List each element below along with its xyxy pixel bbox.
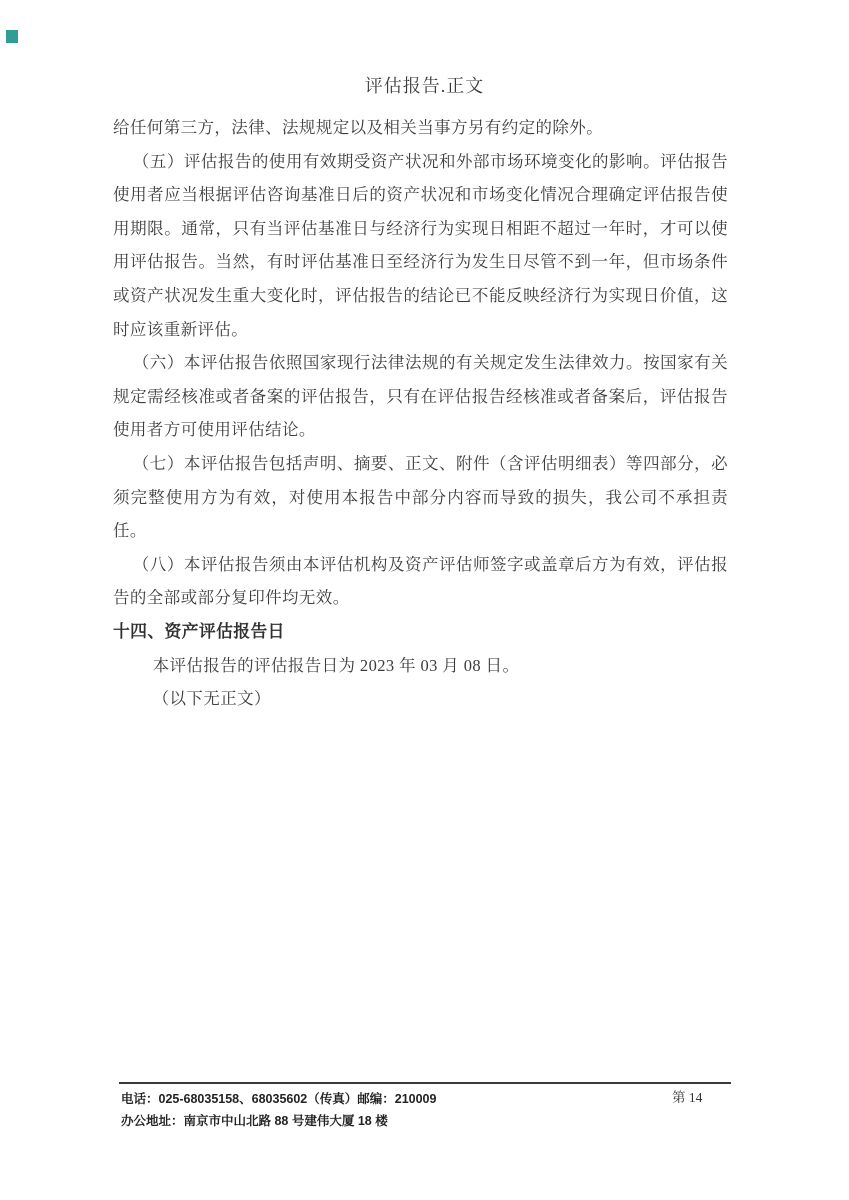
- corner-mark: [6, 30, 18, 43]
- section-heading: 十四、资产评估报告日: [113, 615, 728, 649]
- footer-divider: [119, 1082, 731, 1084]
- paragraph-item-6: （六）本评估报告依照国家现行法律法规的有关规定发生法律效力。按国家有关规定需经核…: [113, 346, 728, 447]
- report-date-line: 本评估报告的评估报告日为 2023 年 03 月 08 日。: [113, 649, 728, 683]
- end-of-text-note: （以下无正文）: [113, 682, 728, 716]
- paragraph-item-8: （八）本评估报告须由本评估机构及资产评估师签字或盖章后方为有效，评估报告的全部或…: [113, 548, 728, 615]
- document-body: 给任何第三方，法律、法规规定以及相关当事方另有约定的除外。 （五）评估报告的使用…: [113, 111, 728, 716]
- paragraph-item-5: （五）评估报告的使用有效期受资产状况和外部市场环境变化的影响。评估报告使用者应当…: [113, 145, 728, 347]
- footer-contact-block: 电话：025-68035158、68035602（传真）邮编：210009 办公…: [121, 1088, 661, 1132]
- page-number: 第 14: [672, 1086, 702, 1106]
- page-footer: 电话：025-68035158、68035602（传真）邮编：210009 办公…: [0, 1080, 849, 1150]
- paragraph-continuation: 给任何第三方，法律、法规规定以及相关当事方另有约定的除外。: [113, 111, 728, 145]
- footer-address-line: 办公地址：南京市中山北路 88 号建伟大厦 18 楼: [121, 1110, 661, 1132]
- document-page: 评估报告.正文 给任何第三方，法律、法规规定以及相关当事方另有约定的除外。 （五…: [0, 0, 849, 1200]
- footer-phone-line: 电话：025-68035158、68035602（传真）邮编：210009: [121, 1088, 661, 1110]
- page-title: 评估报告.正文: [0, 74, 849, 98]
- paragraph-item-7: （七）本评估报告包括声明、摘要、正文、附件（含评估明细表）等四部分，必须完整使用…: [113, 447, 728, 548]
